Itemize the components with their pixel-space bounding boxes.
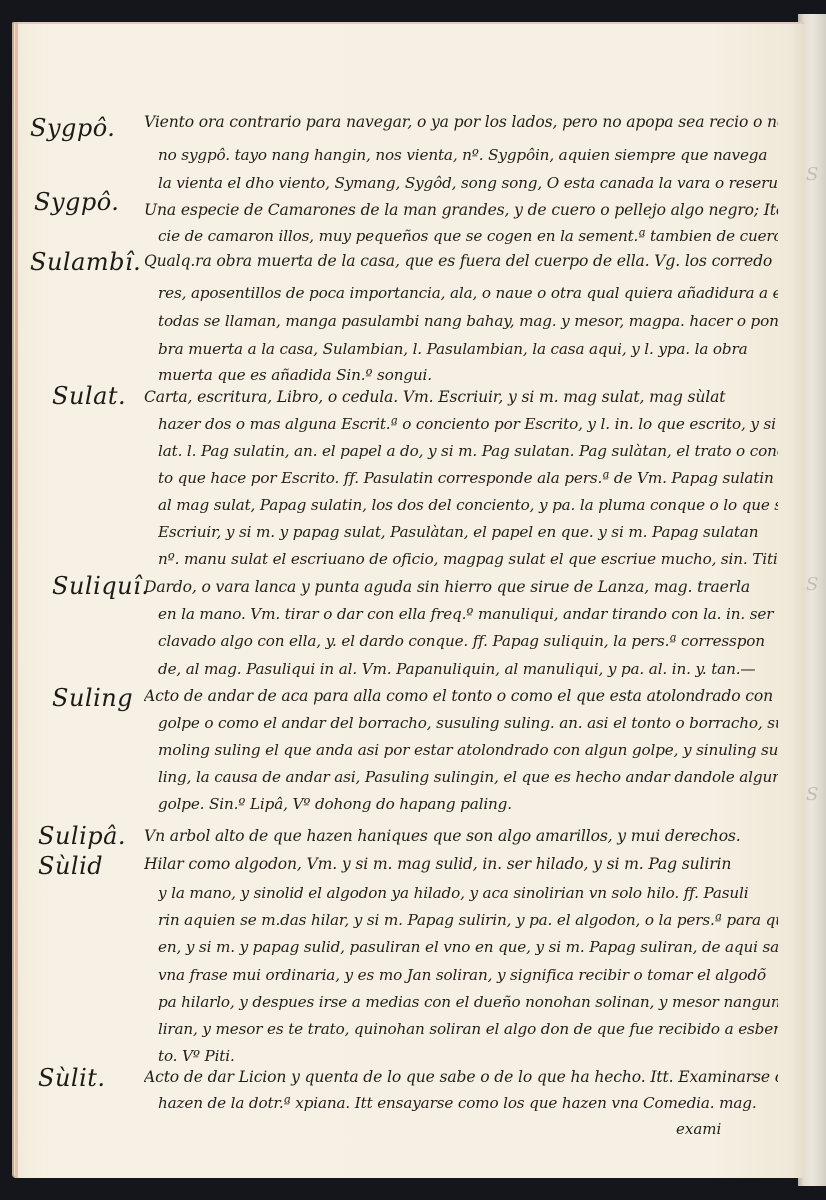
entry-headword: Suliquî. [52,572,149,600]
entry-headword: Sygpô. [34,188,119,216]
entry-text-line: bra muerta a la casa, Sulambian, l. Pasu… [158,340,778,358]
entry-text-line: Una especie de Camarones de la man grand… [144,201,778,219]
bleed-through-text: S [806,784,818,805]
entry-text-line: muerta que es añadida Sin.º songui. [158,366,778,384]
entry-headword: Sùlit. [38,1064,106,1092]
entry-text-line: al mag sulat, Papag sulatin, los dos del… [158,496,778,514]
entry-text-line: la vienta el dho viento, Symang, Sygôd, … [158,174,778,192]
entry-text-line: pa hilarlo, y despues irse a medias con … [158,993,778,1011]
entry-text-line: Viento ora contrario para navegar, o ya … [144,113,778,131]
entry-text-line: Hilar como algodon, Vm. y si m. mag suli… [144,855,778,873]
entry-text-line: no sygpô. tayo nang hangin, nos vienta, … [158,146,778,164]
entry-text-line: Dardo, o vara lanca y punta aguda sin hi… [144,578,778,596]
entry-text-line: res, aposentillos de poca importancia, a… [158,284,778,302]
catchword: exami [676,1120,721,1138]
entry-text-line: hazen de la dotr.ª xpiana. Itt ensayarse… [158,1094,778,1112]
entry-text-line: liran, y mesor es te trato, quinohan sol… [158,1020,778,1038]
entry-text-line: to que hace por Escrito. ff. Pasulatin c… [158,469,778,487]
bleed-through-text: S [806,574,818,595]
entry-text-line: golpe. Sin.º Lipâ, Vº dohong do hapang p… [158,795,778,813]
entry-text-line: Acto de andar de aca para alla como el t… [144,687,778,705]
entry-headword: Suling [52,684,133,712]
entry-text-line: rin aquien se m.das hilar, y si m. Papag… [158,911,778,929]
manuscript-page: Sygpô. Viento ora contrario para navegar… [12,22,804,1178]
entry-text-line: en, y si m. y papag sulid, pasuliran el … [158,938,778,956]
entry-text-line: todas se llaman, manga pasulambi nang ba… [158,312,778,330]
entry-headword: Sulat. [52,382,126,410]
entry-text-line: Qualq.ra obra muerta de la casa, que es … [144,252,778,270]
entry-text-line: Carta, escritura, Libro, o cedula. Vm. E… [144,388,778,406]
bleed-through-text: S [806,164,818,185]
entry-text-line: moling suling el que anda asi por estar … [158,741,778,759]
entry-text-line: de, al mag. Pasuliqui in al. Vm. Papanul… [158,660,778,678]
entry-text-line: ling, la causa de andar asi, Pasuling su… [158,768,778,786]
entry-headword: Sulipâ. [38,822,126,850]
entry-text-line: clavado algo con ella, y. el dardo conqu… [158,632,778,650]
entry-text-line: Escriuir, y si m. y papag sulat, Pasulàt… [158,523,778,541]
entry-text-line: golpe o como el andar del borracho, susu… [158,714,778,732]
entry-text-line: Vn arbol alto de que hazen haniques que … [144,827,778,845]
entry-text-line: lat. l. Pag sulatin, an. el papel a do, … [158,442,778,460]
entry-headword: Sygpô. [30,114,115,142]
entry-text-line: vna frase mui ordinaria, y es mo Jan sol… [158,966,778,984]
entry-text-line: to. Vº Piti. [158,1047,778,1065]
entry-text-line: en la mano. Vm. tirar o dar con ella fre… [158,605,778,623]
entry-text-line: cie de camaron illos, muy pequeños que s… [158,227,778,245]
entry-text-line: y la mano, y sinolid el algodon ya hilad… [158,884,778,902]
entry-text-line: hazer dos o mas alguna Escrit.ª o concie… [158,415,778,433]
entry-text-line: nº. manu sulat el escriuano de oficio, m… [158,550,778,568]
entry-headword: Sulambî. [30,248,141,276]
entry-headword: Sùlid [38,852,103,880]
entry-text-line: Acto de dar Licion y quenta de lo que sa… [144,1068,778,1086]
